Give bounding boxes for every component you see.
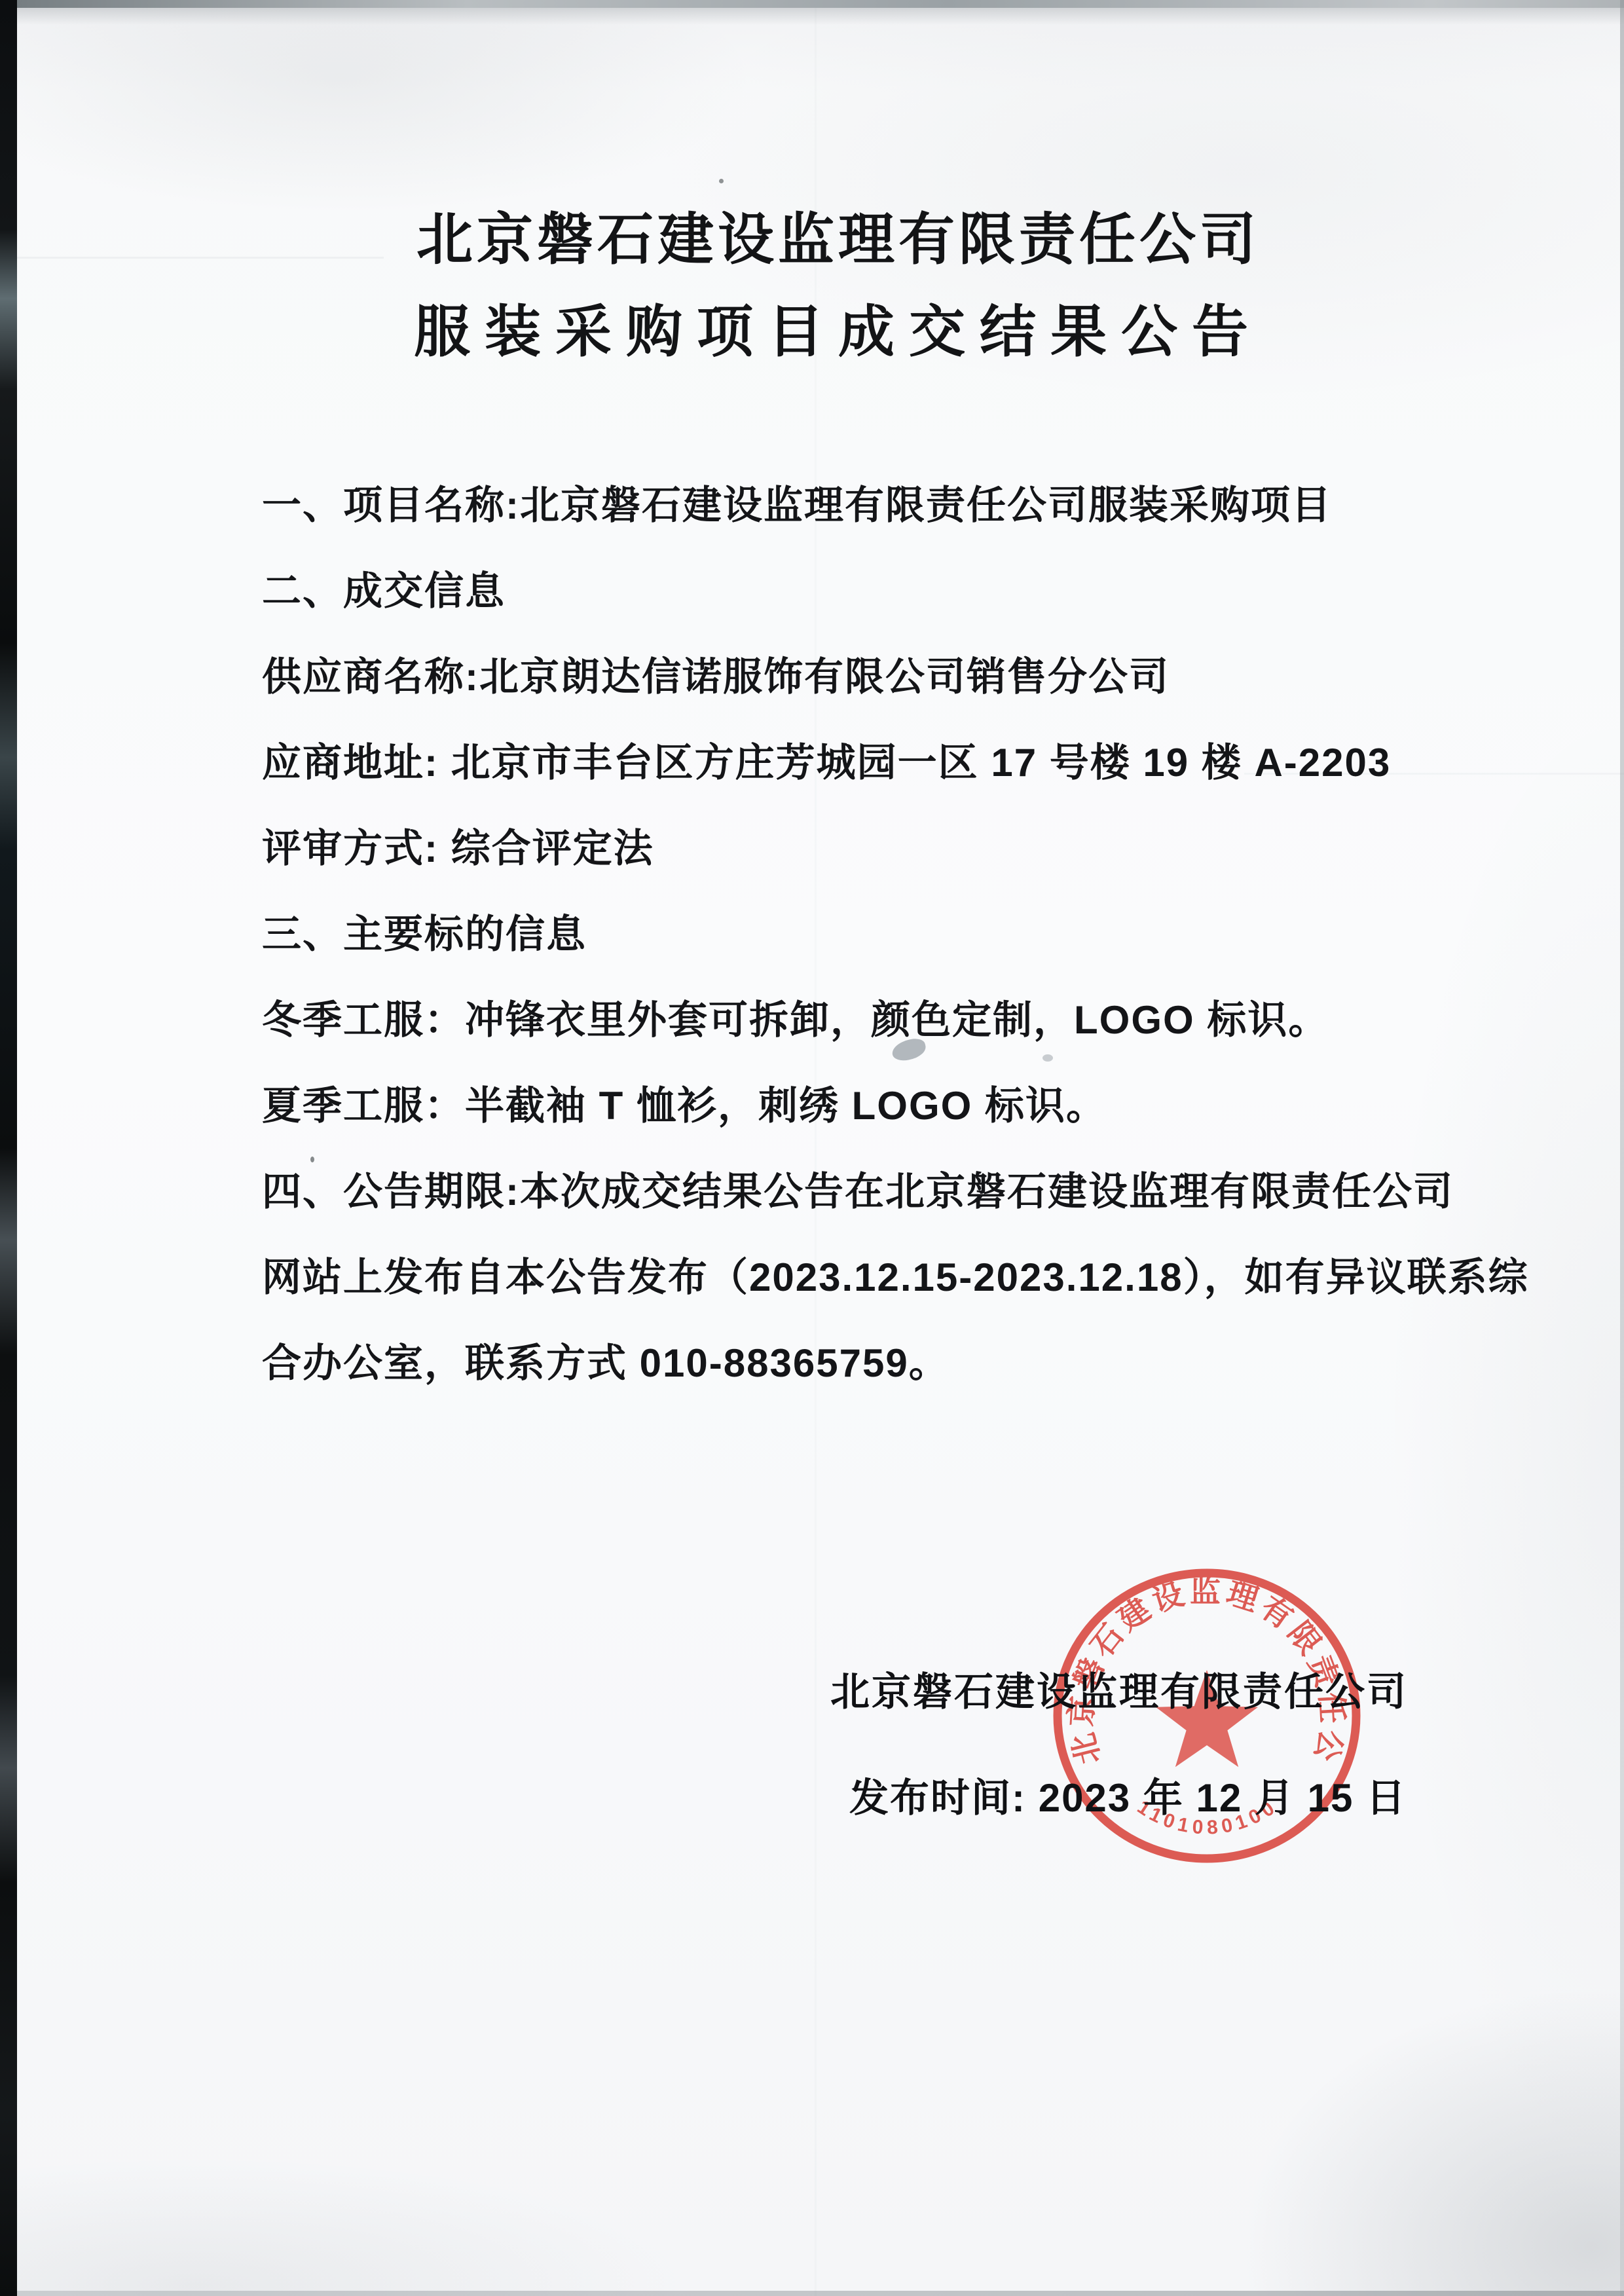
body-line-project-name: 一、项目名称:北京磐石建设监理有限责任公司服装采购项目 <box>262 474 1332 530</box>
body-line-notice-period-2: 网站上发布自本公告发布（2023.12.15-2023.12.18），如有异议联… <box>262 1246 1529 1303</box>
scan-edge-top-shadow <box>17 8 1624 25</box>
body-line-supplier-name: 供应商名称:北京朗达信诺服饰有限公司销售分公司 <box>262 646 1170 702</box>
body-line-review-method: 评审方式: 综合评定法 <box>262 817 654 874</box>
scan-edge-right <box>1620 0 1624 2296</box>
signature-publish-date: 发布时间: 2023 年 12 月 15 日 <box>849 1767 1407 1823</box>
title-line-1: 北京磐石建设监理有限责任公司 <box>52 194 1624 286</box>
body-line-deal-info-header: 二、成交信息 <box>262 560 506 616</box>
company-seal-stamp: 北京磐石建设监理有限责任公司 1101080100208 <box>1040 1561 1374 1876</box>
body-line-notice-period-1: 四、公告期限:本次成交结果公告在北京磐石建设监理有限责任公司 <box>262 1160 1454 1217</box>
scan-smudge-small <box>1043 1054 1053 1062</box>
signature-company-name: 北京磐石建设监理有限责任公司 <box>830 1661 1408 1717</box>
body-line-supplier-address: 应商地址: 北京市丰台区方庄芳城园一区 17 号楼 19 楼 A-2203 <box>262 731 1391 788</box>
scan-speck <box>719 179 724 183</box>
scanned-document-page: 北京磐石建设监理有限责任公司 服装采购项目成交结果公告 一、项目名称:北京磐石建… <box>0 0 1624 2296</box>
document-title: 北京磐石建设监理有限责任公司 服装采购项目成交结果公告 <box>52 194 1624 379</box>
body-line-subject-header: 三、主要标的信息 <box>262 903 587 959</box>
scan-edge-left <box>0 0 17 2296</box>
scan-edge-top <box>17 0 1624 8</box>
scan-edge-bottom <box>17 2291 1624 2296</box>
body-line-summer-uniform: 夏季工服：半截袖 T 恤衫，刺绣 LOGO 标识。 <box>262 1075 1107 1131</box>
body-line-winter-uniform: 冬季工服：冲锋衣里外套可拆卸，颜色定制，LOGO 标识。 <box>262 989 1329 1045</box>
title-line-2: 服装采购项目成交结果公告 <box>52 286 1624 379</box>
body-line-notice-period-3: 合办公室，联系方式 010-88365759。 <box>262 1332 950 1388</box>
